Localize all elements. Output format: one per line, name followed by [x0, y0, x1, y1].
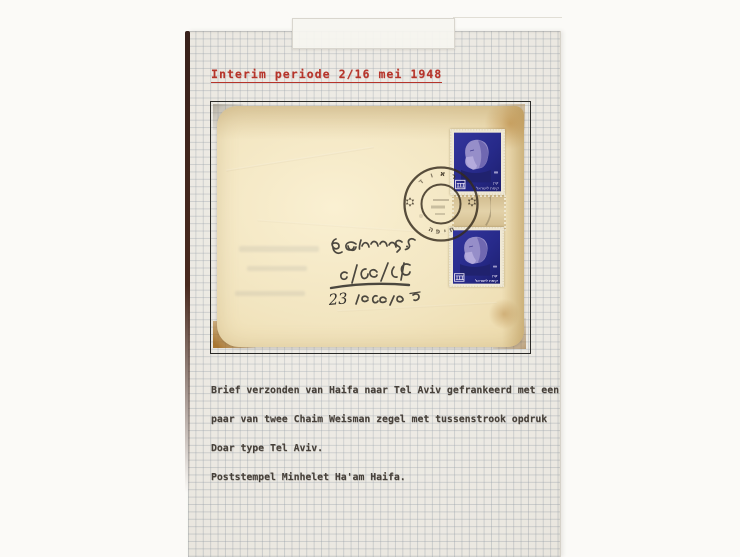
backing-sheet-edge	[453, 17, 562, 18]
postmark-top-letter: ר	[450, 171, 458, 181]
caption-line: Brief verzonden van Haifa naar Tel Aviv …	[211, 386, 571, 396]
caption-line: Doar type Tel Aviv.	[211, 444, 571, 454]
caption-block: Brief verzonden van Haifa naar Tel Aviv …	[211, 367, 571, 501]
postmark-bottom-letter: י	[443, 226, 447, 235]
caption-line: paar van twee Chaim Weisman zegel met tu…	[211, 415, 571, 425]
postmark-top-letter: א	[440, 169, 446, 178]
page-left-edge-shadow	[185, 31, 190, 493]
photographed-album-page: Interim periode 2/16 mei 1948	[0, 0, 740, 557]
postmark-bottom-letter: ח	[447, 224, 455, 234]
star-icon	[468, 197, 476, 207]
page-title: Interim periode 2/16 mei 1948	[211, 67, 442, 83]
postmark-top-letter: ו	[429, 170, 434, 179]
envelope: III קרן קימת לישראל קרן קימת לישראל	[217, 106, 524, 347]
address-line-3	[356, 292, 420, 305]
postmark-bottom-letter: ה	[427, 224, 435, 234]
caption-line: Poststempel Minhelet Ha'am Haifa.	[211, 473, 571, 483]
postmark-minhelet-haam-haifa: ד ו א ר ח י פ ה	[391, 154, 491, 254]
postmark-bottom-letter: פ	[435, 226, 441, 236]
postmark-top-letter: ד	[416, 177, 425, 187]
address-underline	[331, 284, 409, 288]
house-number: 23	[327, 289, 349, 309]
address-line-2	[331, 263, 410, 288]
white-tab	[292, 18, 455, 49]
star-icon	[406, 197, 414, 207]
postmark-inner-circle	[422, 185, 461, 224]
postmark-outer-circle	[405, 168, 478, 241]
